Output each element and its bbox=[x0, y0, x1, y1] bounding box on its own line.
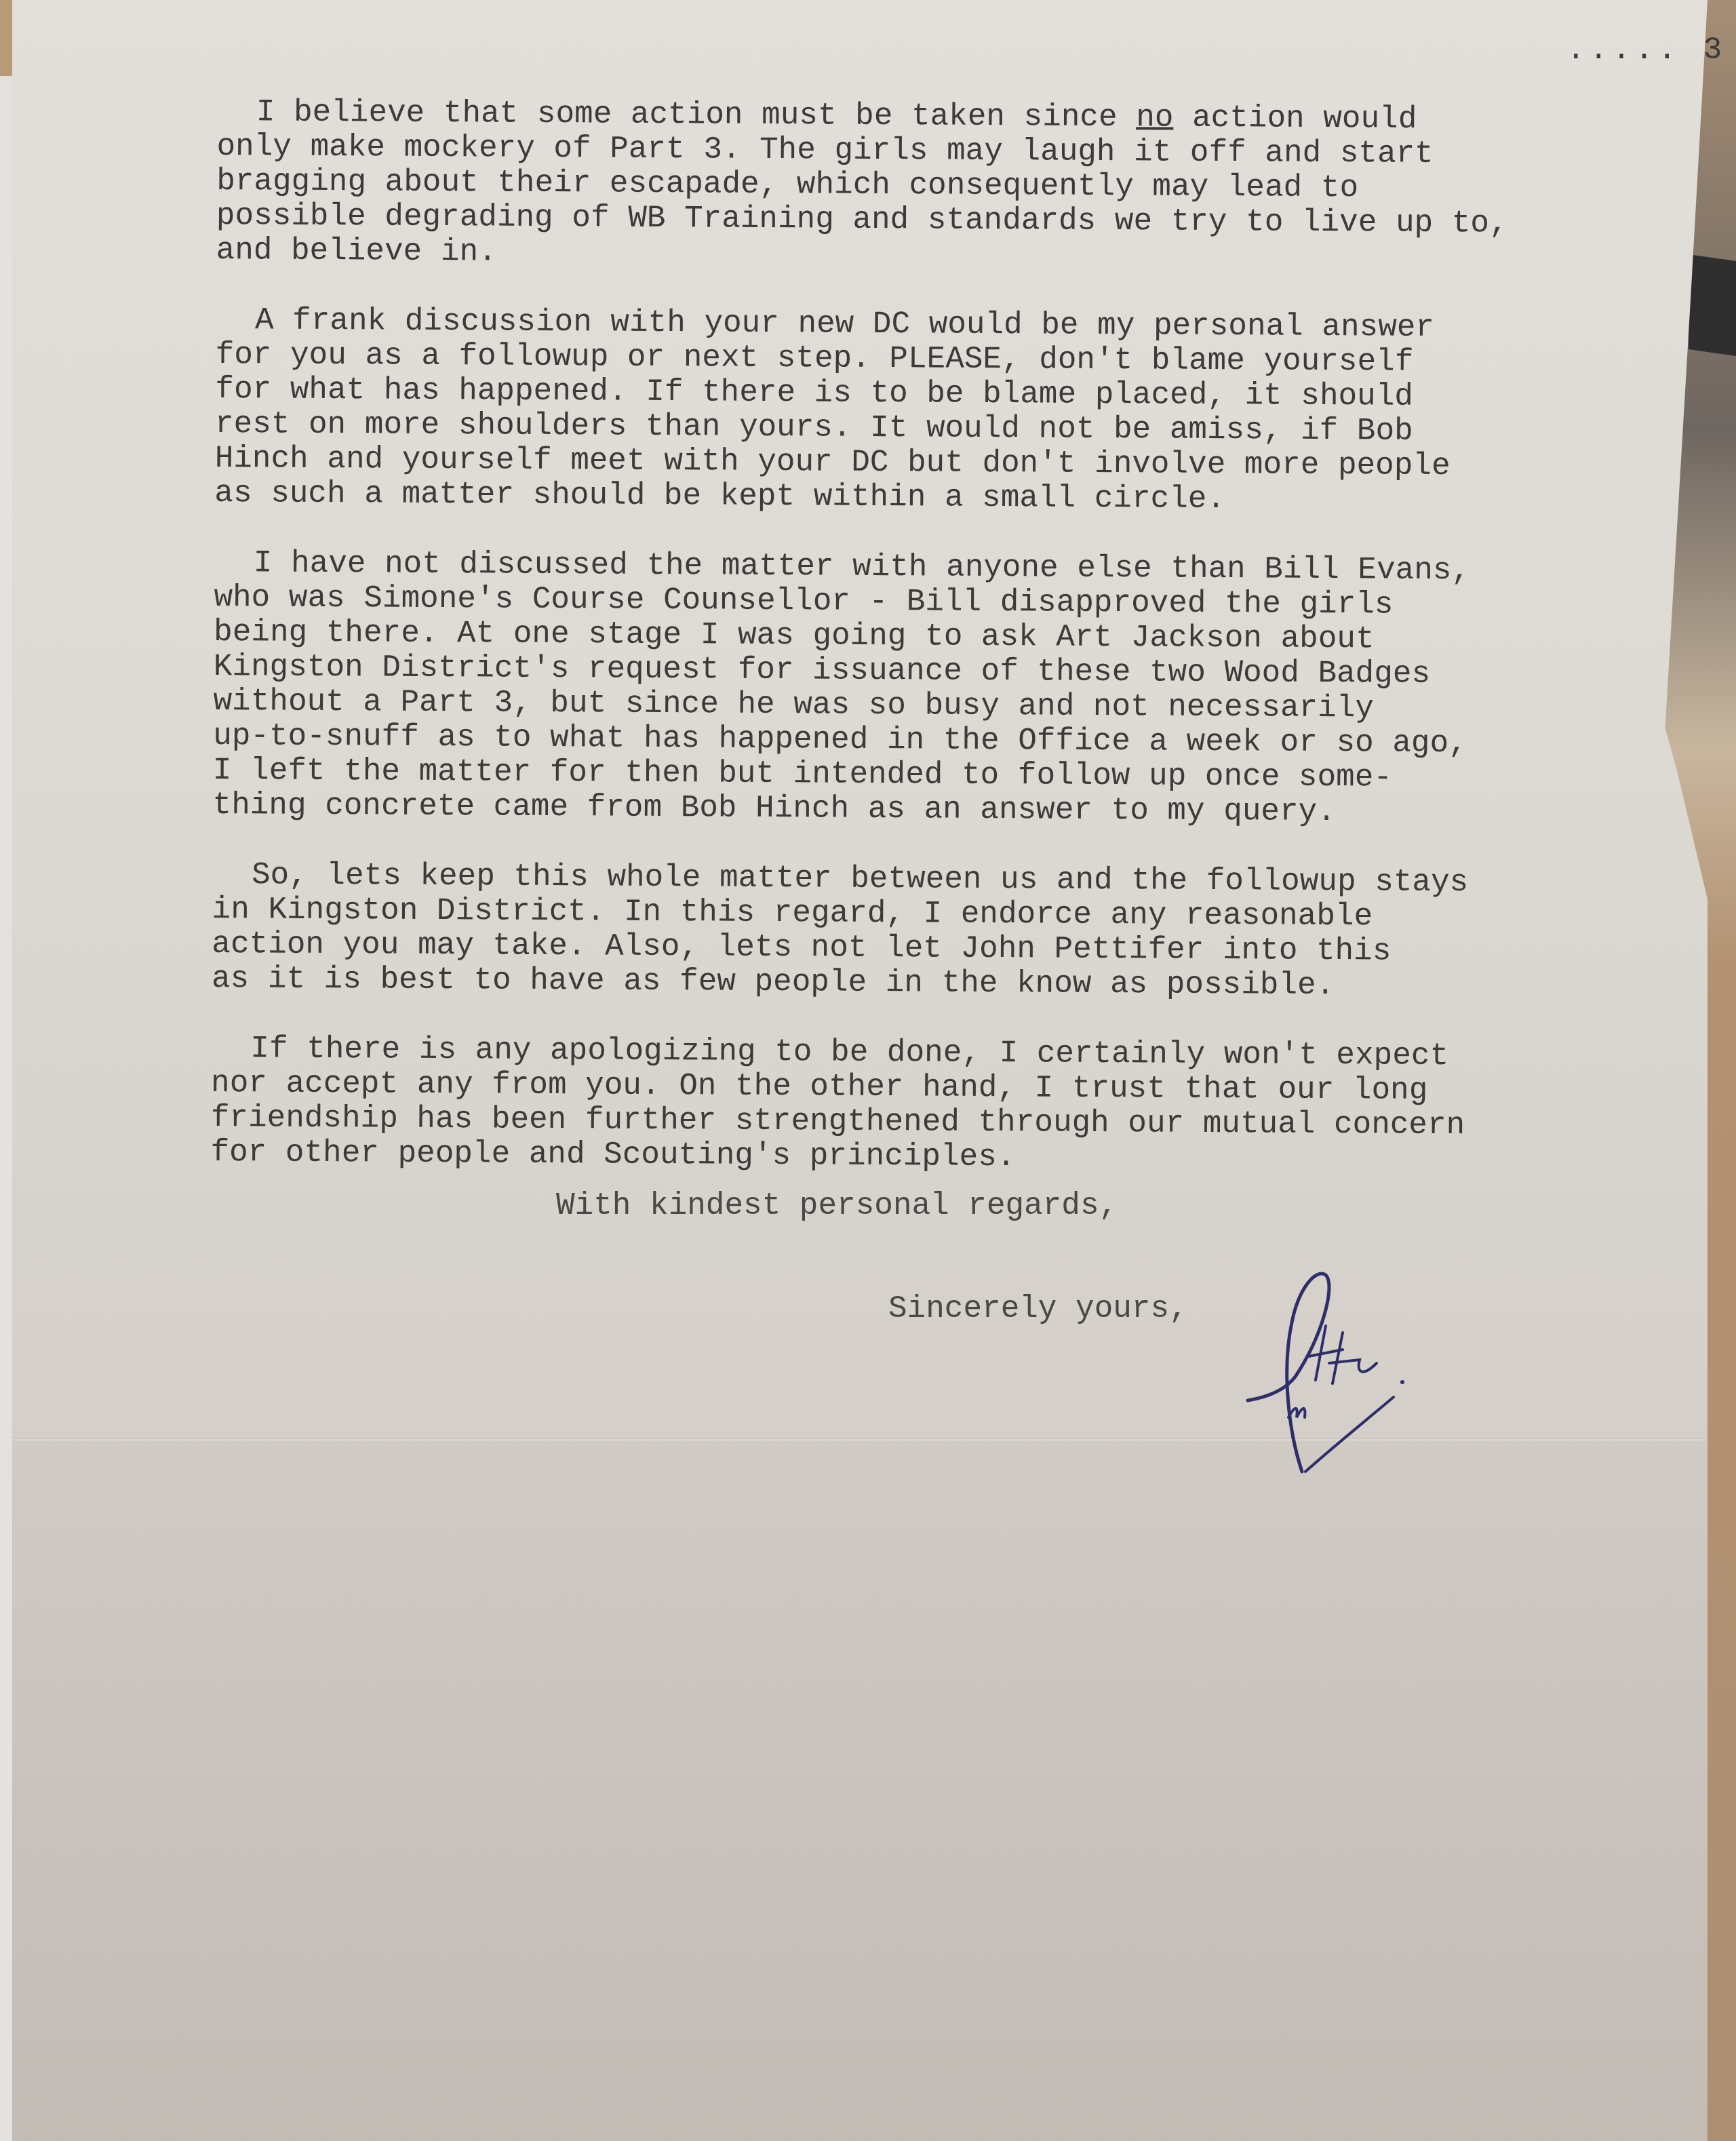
page-number: ..... 3 bbox=[1566, 33, 1726, 68]
paragraph-4: So, lets keep this whole matter between … bbox=[212, 858, 1636, 1005]
paragraph-5: If there is any apologizing to be done, … bbox=[210, 1032, 1635, 1179]
paragraph-3: I have not discussed the matter with any… bbox=[212, 546, 1638, 831]
handwritten-signature-icon bbox=[1241, 1261, 1417, 1485]
paragraph-1: I believe that some action must be taken… bbox=[216, 95, 1641, 277]
sign-off: Sincerely yours, bbox=[888, 1291, 1188, 1327]
paper-fold-crease bbox=[12, 1438, 1708, 1440]
lower-page-shadow bbox=[12, 1440, 1708, 2141]
letter-body: I believe that some action must be taken… bbox=[210, 95, 1641, 1214]
text-segment: I believe that some action must be taken… bbox=[256, 94, 1137, 135]
underlined-word: no bbox=[1136, 100, 1174, 135]
closing-line: With kindest personal regards, bbox=[556, 1188, 1118, 1223]
dark-object bbox=[1689, 254, 1736, 356]
text-segment: action would bbox=[1173, 100, 1417, 137]
paragraph-2: A frank discussion with your new DC woul… bbox=[214, 303, 1640, 519]
